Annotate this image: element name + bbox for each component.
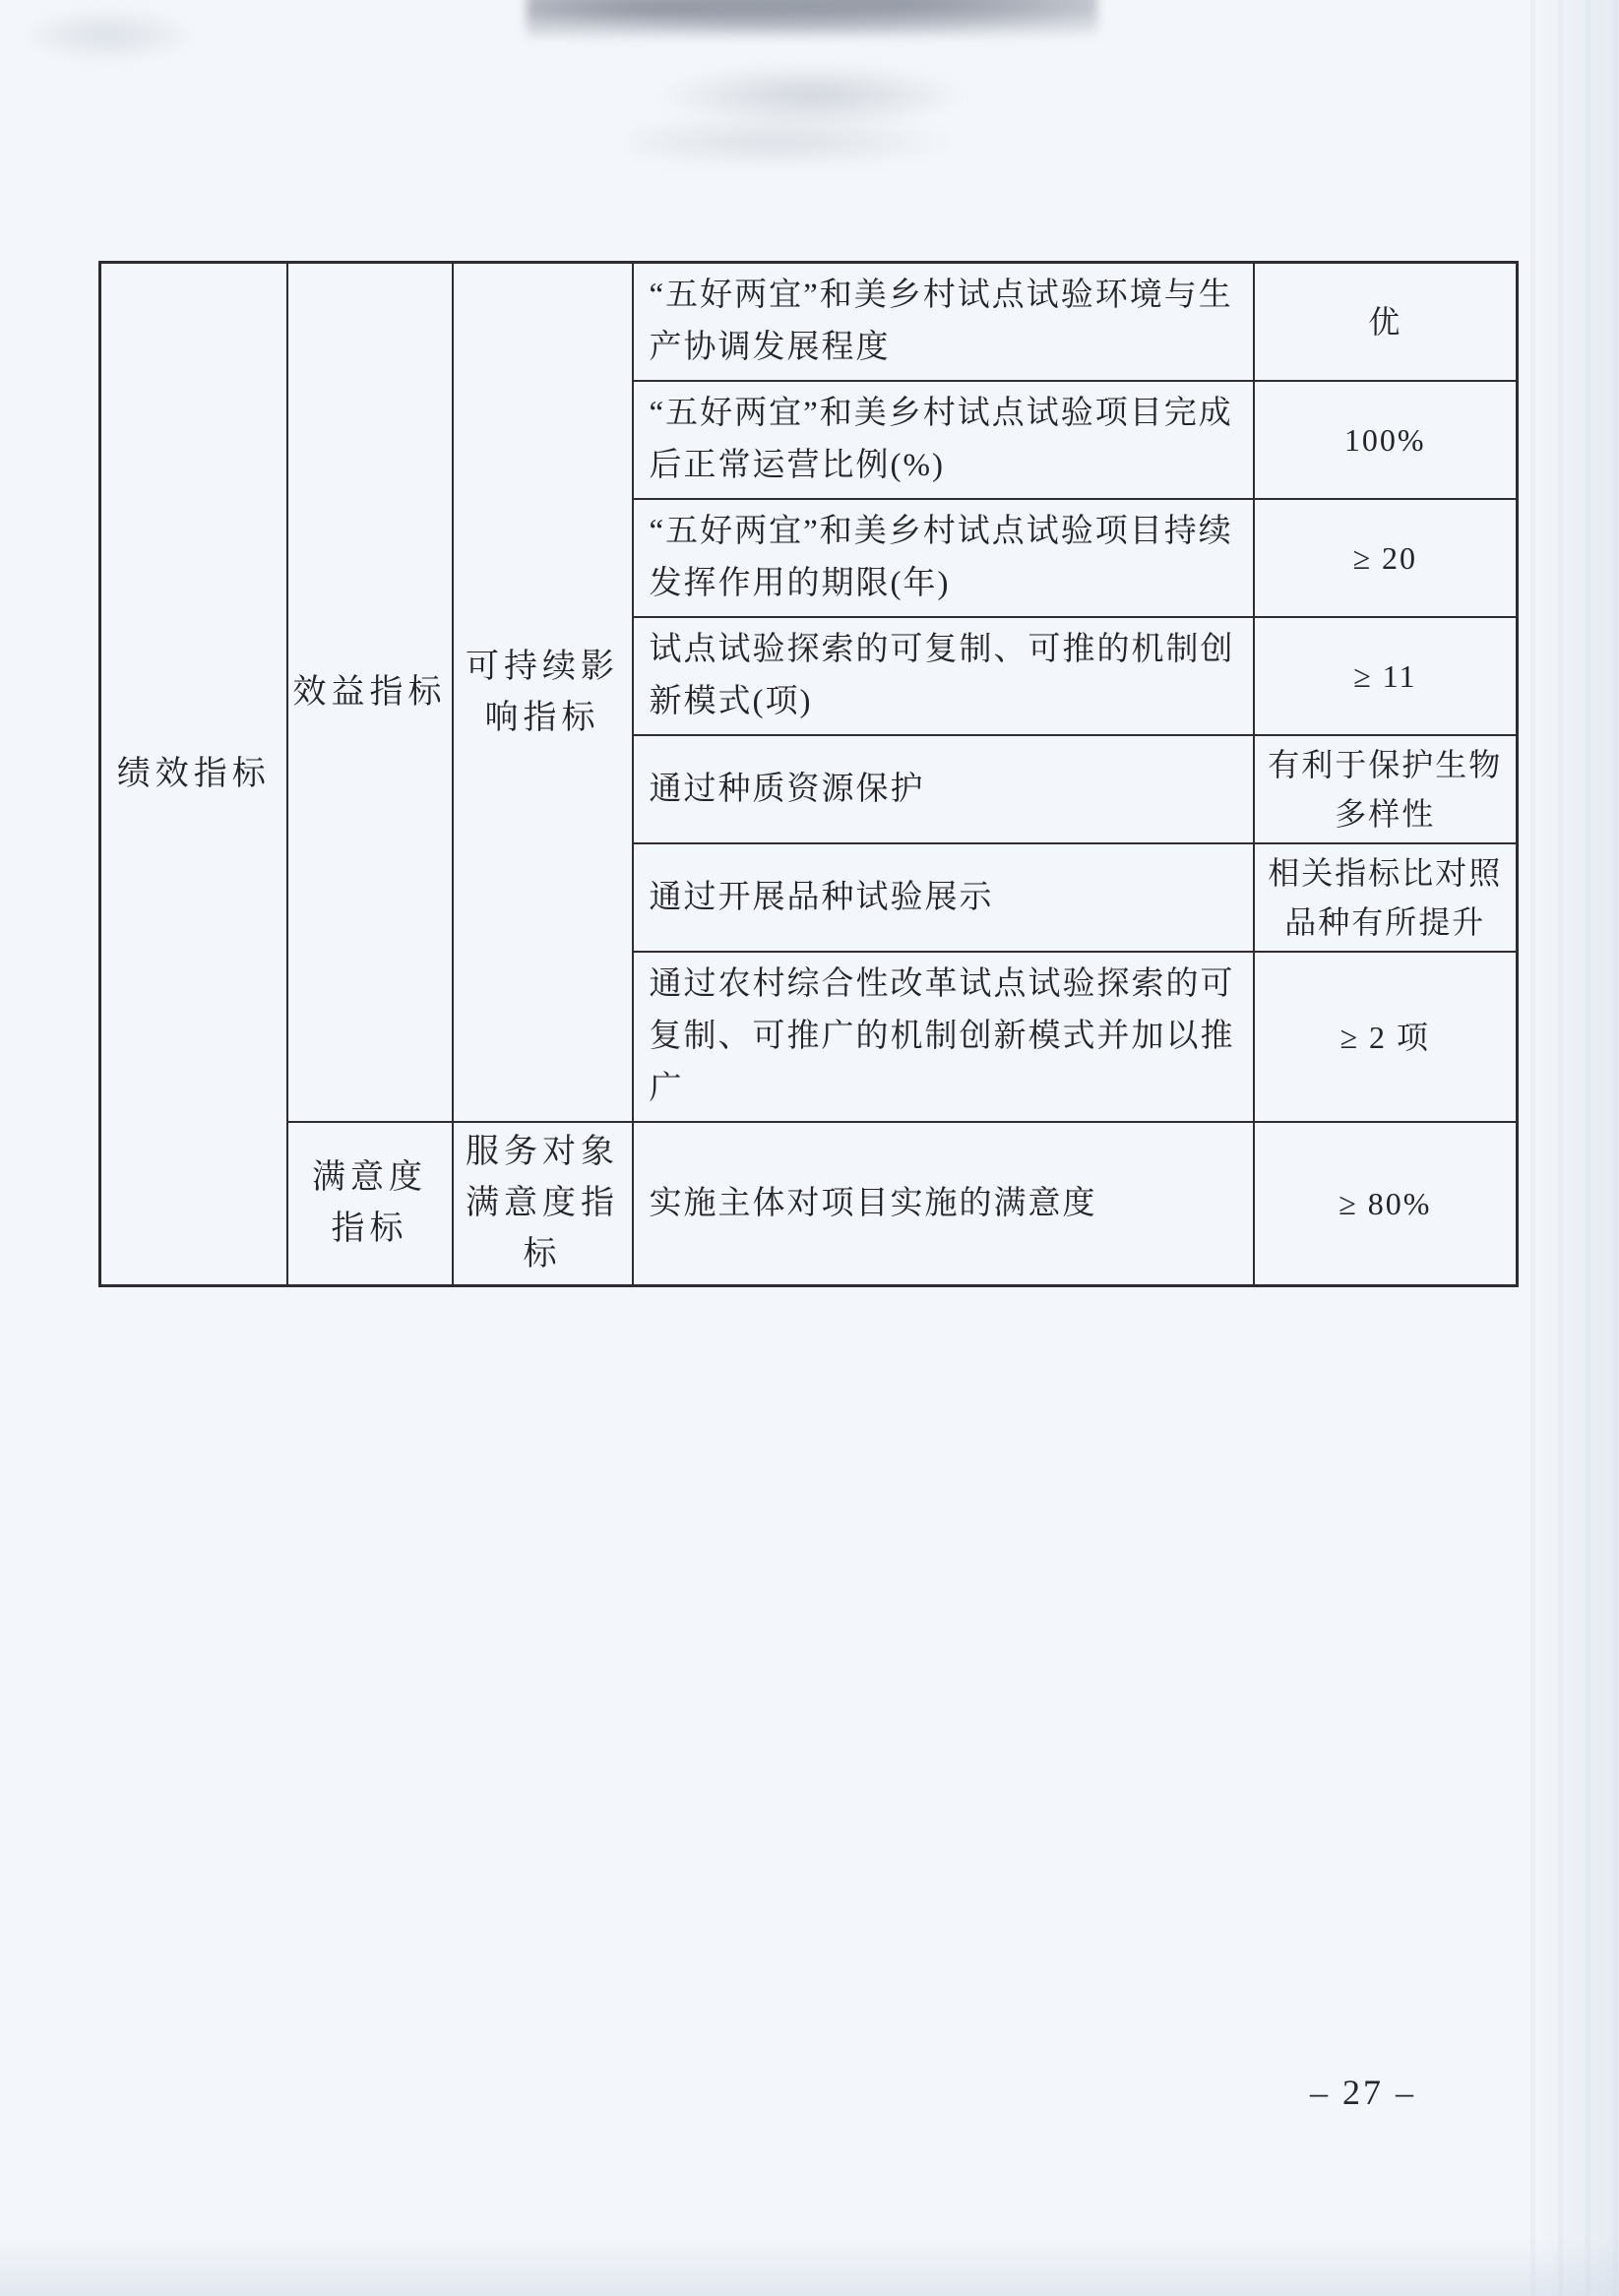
indicator-cell: 通过种质资源保护 xyxy=(633,735,1254,843)
row-group-label: 绩效指标 xyxy=(117,749,271,800)
category-label: 满意度指标 xyxy=(307,1152,433,1255)
indicator-cell: 试点试验探索的可复制、可推的机制创新模式(项) xyxy=(633,617,1254,735)
value-cell: ≥ 2 项 xyxy=(1254,952,1518,1122)
category-label: 效益指标 xyxy=(293,667,447,718)
value-cell: ≥ 11 xyxy=(1254,617,1518,735)
indicator-cell: “五好两宜”和美乡村试点试验环境与生产协调发展程度 xyxy=(633,263,1254,382)
scan-edge-streaks xyxy=(1530,0,1619,2296)
page-number: – 27 – xyxy=(1275,2072,1452,2113)
subcategory-label: 可持续影响指标 xyxy=(463,642,622,744)
scan-smudge-upper-a xyxy=(659,65,965,126)
performance-indicator-table: 绩效指标 效益指标 可持续影响指标 “五好两宜”和美乡村试点试验环境与生产协调发… xyxy=(98,261,1519,1287)
indicator-cell: 通过农村综合性改革试点试验探索的可复制、可推广的机制创新模式并加以推广 xyxy=(633,952,1254,1122)
scan-smudge-top-left xyxy=(20,8,197,62)
table-row: 满意度指标 服务对象满意度指标 实施主体对项目实施的满意度 ≥ 80% xyxy=(100,1122,1518,1286)
indicator-cell: “五好两宜”和美乡村试点试验项目完成后正常运营比例(%) xyxy=(633,381,1254,499)
value-cell: 有利于保护生物多样性 xyxy=(1254,735,1518,843)
scan-smudge-upper-b xyxy=(630,116,955,167)
value-cell: 优 xyxy=(1254,263,1518,382)
table-row: 绩效指标 效益指标 可持续影响指标 “五好两宜”和美乡村试点试验环境与生产协调发… xyxy=(100,263,1518,382)
value-cell: 100% xyxy=(1254,381,1518,499)
indicator-cell: “五好两宜”和美乡村试点试验项目持续发挥作用的期限(年) xyxy=(633,499,1254,617)
scan-bottom-tint xyxy=(0,2237,1619,2296)
subcategory-service-target-satisfaction: 服务对象满意度指标 xyxy=(453,1122,633,1286)
subcategory-sustainable-impact: 可持续影响指标 xyxy=(453,263,633,1123)
category-satisfaction-indicators: 满意度指标 xyxy=(287,1122,453,1286)
scan-smudge-top-center xyxy=(527,0,1097,39)
value-cell: ≥ 80% xyxy=(1254,1122,1518,1286)
value-cell: ≥ 20 xyxy=(1254,499,1518,617)
category-benefit-indicators: 效益指标 xyxy=(287,263,453,1123)
document-page: 绩效指标 效益指标 可持续影响指标 “五好两宜”和美乡村试点试验环境与生产协调发… xyxy=(0,0,1619,2296)
indicator-cell: 通过开展品种试验展示 xyxy=(633,843,1254,952)
value-cell: 相关指标比对照品种有所提升 xyxy=(1254,843,1518,952)
indicator-cell: 实施主体对项目实施的满意度 xyxy=(633,1122,1254,1286)
subcategory-label: 服务对象满意度指标 xyxy=(463,1127,622,1280)
row-group-performance-indicators: 绩效指标 xyxy=(100,263,287,1286)
